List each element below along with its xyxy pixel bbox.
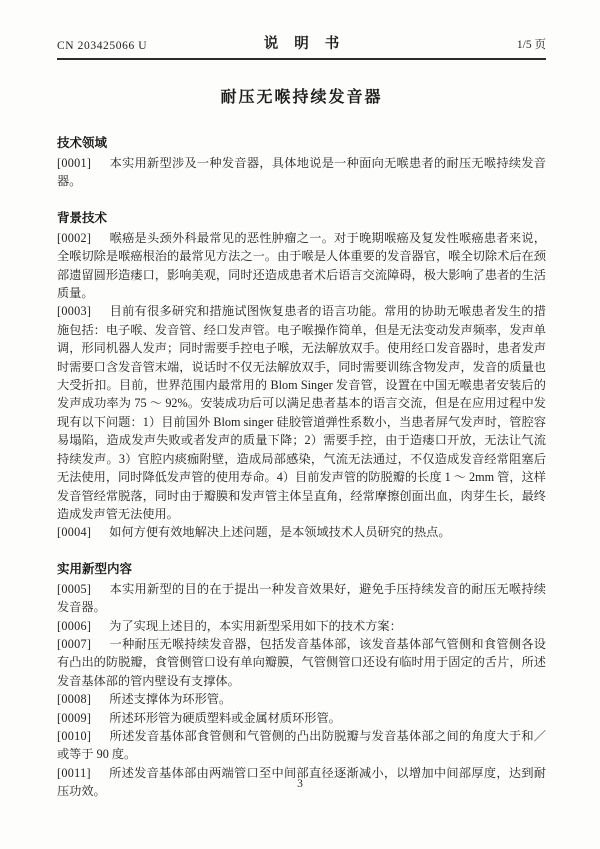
document-section: 技术领域[0001]本实用新型涉及一种发音器，具体地说是一种面向无喉患者的耐压无…	[57, 133, 546, 191]
page-indicator: 1/5 页	[517, 36, 546, 52]
paragraph-text: 一种耐压无喉持续发音器，包括发音基体部，该发音基体部气管侧和食管侧各设有凸出的防…	[57, 637, 546, 688]
page-number: 3	[0, 778, 600, 790]
paragraph-number: [0008]	[57, 692, 91, 706]
document-section: 背景技术[0002]喉癌是头颈外科最常见的恶性肿瘤之一。对于晚期喉癌及复发性喉癌…	[57, 208, 546, 542]
numbered-paragraph: [0002]喉癌是头颈外科最常见的恶性肿瘤之一。对于晚期喉癌及复发性喉癌患者来说…	[57, 229, 546, 303]
paragraph-number: [0002]	[57, 231, 91, 245]
paragraph-number: [0006]	[57, 619, 91, 633]
paragraph-text: 所述环形管为硬质塑料或金属材质环形管。	[109, 711, 341, 725]
paragraph-text: 目前有很多研究和措施试图恢复患者的语言功能。常用的协助无喉患者发生的措施包括：电…	[57, 304, 546, 520]
section-heading: 背景技术	[57, 208, 546, 226]
numbered-paragraph: [0010]所述发音基体部食管侧和气管侧的凸出防脱瓣与发音基体部之间的角度大于和…	[57, 727, 546, 764]
paragraph-text: 为了实现上述目的，本实用新型采用如下的技术方案：	[109, 619, 402, 633]
paragraph-text: 所述发音基体部食管侧和气管侧的凸出防脱瓣与发音基体部之间的角度大于和／或等于 9…	[57, 729, 546, 761]
paragraph-number: [0007]	[57, 637, 91, 651]
paragraph-number: [0003]	[57, 304, 91, 318]
paragraph-number: [0004]	[57, 525, 91, 539]
paragraph-text: 喉癌是头颈外科最常见的恶性肿瘤之一。对于晚期喉癌及复发性喉癌患者来说，全喉切除是…	[57, 231, 546, 300]
paragraph-number: [0010]	[57, 729, 91, 743]
numbered-paragraph: [0008]所述支撑体为环形管。	[57, 690, 546, 708]
document-section: 实用新型内容[0005]本实用新型的目的在于提出一种发音效果好，避免手压持续发音…	[57, 559, 546, 801]
document-type-title: 说明书	[57, 32, 546, 53]
section-heading: 技术领域	[57, 133, 546, 151]
paragraph-text: 本实用新型的目的在于提出一种发音效果好，避免手压持续发音的耐压无喉持续发音器。	[57, 582, 546, 614]
numbered-paragraph: [0009]所述环形管为硬质塑料或金属材质环形管。	[57, 709, 546, 727]
section-heading: 实用新型内容	[57, 559, 546, 577]
paragraph-text: 本实用新型涉及一种发音器，具体地说是一种面向无喉患者的耐压无喉持续发音器。	[57, 156, 546, 188]
paragraph-number: [0001]	[57, 156, 91, 170]
paragraph-number: [0009]	[57, 711, 91, 725]
numbered-paragraph: [0006]为了实现上述目的，本实用新型采用如下的技术方案：	[57, 617, 546, 635]
document-sections: 技术领域[0001]本实用新型涉及一种发音器，具体地说是一种面向无喉患者的耐压无…	[57, 133, 546, 801]
numbered-paragraph: [0001]本实用新型涉及一种发音器，具体地说是一种面向无喉患者的耐压无喉持续发…	[57, 154, 546, 191]
paragraph-text: 所述支撑体为环形管。	[109, 692, 231, 706]
numbered-paragraph: [0007]一种耐压无喉持续发音器，包括发音基体部，该发音基体部气管侧和食管侧各…	[57, 635, 546, 690]
numbered-paragraph: [0003]目前有很多研究和措施试图恢复患者的语言功能。常用的协助无喉患者发生的…	[57, 302, 546, 523]
paragraph-text: 如何方便有效地解决上述问题，是本领域技术人员研究的热点。	[109, 525, 450, 539]
paragraph-number: [0005]	[57, 582, 91, 596]
page-header: CN 203425066 U 说明书 1/5 页	[57, 30, 546, 60]
numbered-paragraph: [0005]本实用新型的目的在于提出一种发音效果好，避免手压持续发音的耐压无喉持…	[57, 580, 546, 617]
invention-title: 耐压无喉持续发音器	[57, 84, 546, 107]
patent-specification-page: CN 203425066 U 说明书 1/5 页 耐压无喉持续发音器 技术领域[…	[0, 0, 600, 849]
numbered-paragraph: [0004]如何方便有效地解决上述问题，是本领域技术人员研究的热点。	[57, 523, 546, 541]
